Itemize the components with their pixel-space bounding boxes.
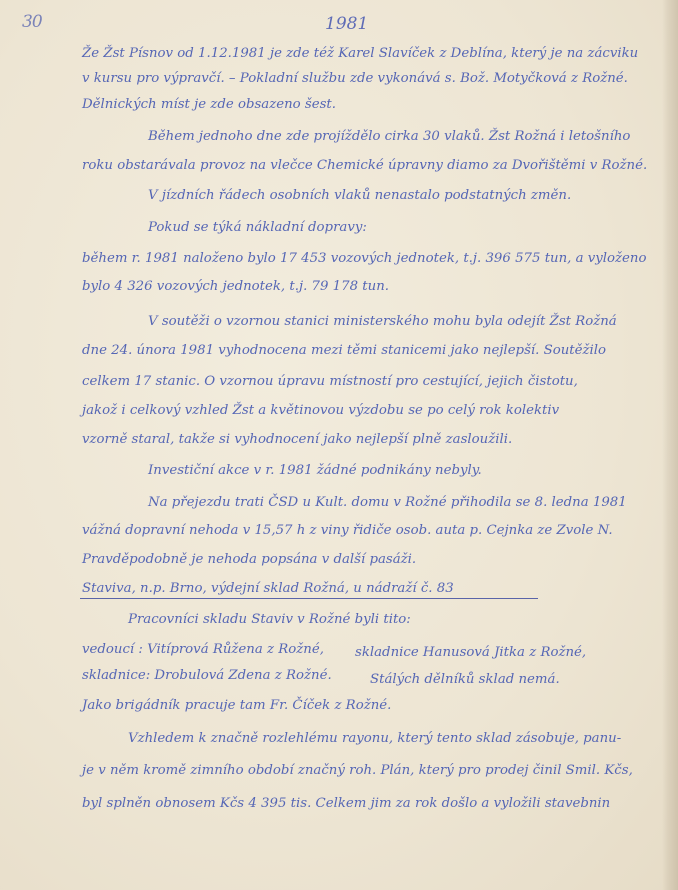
text-line: Pravděpodobně je nehoda popsána v další … — [82, 551, 416, 569]
text-line: během r. 1981 naloženo bylo 17 453 vozov… — [82, 250, 647, 268]
text-line: dne 24. února 1981 vyhodnocena mezi těmi… — [82, 342, 606, 360]
handwritten-chronicle-page: 30 1981 Že Žst Písnov od 1.12.1981 je zd… — [0, 0, 678, 890]
text-line: byl splněn obnosem Kčs 4 395 tis. Celkem… — [82, 795, 610, 813]
text-line: Vzhledem k značně rozlehlému rayonu, kte… — [128, 730, 621, 748]
text-line: Dělnických míst je zde obsazeno šest. — [82, 96, 336, 114]
text-line: vážná dopravní nehoda v 15,57 h z viny ř… — [82, 522, 613, 540]
text-line: Během jednoho dne zde projíždělo cirka 3… — [148, 128, 630, 146]
text-line: celkem 17 stanic. O vzornou úpravu místn… — [82, 373, 578, 391]
text-line: v kursu pro výpravčí. – Pokladní službu … — [82, 70, 628, 88]
text-line: vzorně staral, takže si vyhodnocení jako… — [82, 431, 512, 449]
text-line: je v něm kromě zimního období značný roh… — [82, 762, 633, 780]
text-line: Jako brigádník pracuje tam Fr. Číček z R… — [82, 697, 391, 715]
text-line: Na přejezdu trati ČSD u Kult. domu v Rož… — [148, 494, 627, 512]
year-heading: 1981 — [325, 14, 368, 34]
text-line: Že Žst Písnov od 1.12.1981 je zde též Ka… — [82, 45, 638, 63]
staff-left-line: vedoucí : Vitíprová Růžena z Rožné, — [82, 641, 324, 659]
staff-left-line: skladnice: Drobulová Zdena z Rožné. — [82, 667, 332, 685]
text-line: jakož i celkový vzhled Žst a květinovou … — [82, 402, 559, 420]
text-line: roku obstarávala provoz na vlečce Chemic… — [82, 157, 647, 175]
text-line: Pracovníci skladu Staviv v Rožné byli ti… — [128, 611, 411, 629]
staff-right-line: skladnice Hanusová Jitka z Rožné, — [355, 644, 586, 662]
page-number: 30 — [22, 12, 42, 32]
text-line: bylo 4 326 vozových jednotek, t.j. 79 17… — [82, 278, 389, 296]
section-heading: Staviva, n.p. Brno, výdejní sklad Rožná,… — [82, 580, 454, 598]
text-line: Investiční akce v r. 1981 žádné podnikán… — [148, 462, 482, 480]
text-line: Pokud se týká nákladní dopravy: — [148, 219, 367, 237]
text-line: V soutěži o vzornou stanici ministerskéh… — [148, 313, 617, 331]
staff-right-line: Stálých dělníků sklad nemá. — [370, 671, 560, 689]
text-line: V jízdních řádech osobních vlaků nenasta… — [148, 187, 571, 205]
section-underline — [80, 598, 538, 599]
